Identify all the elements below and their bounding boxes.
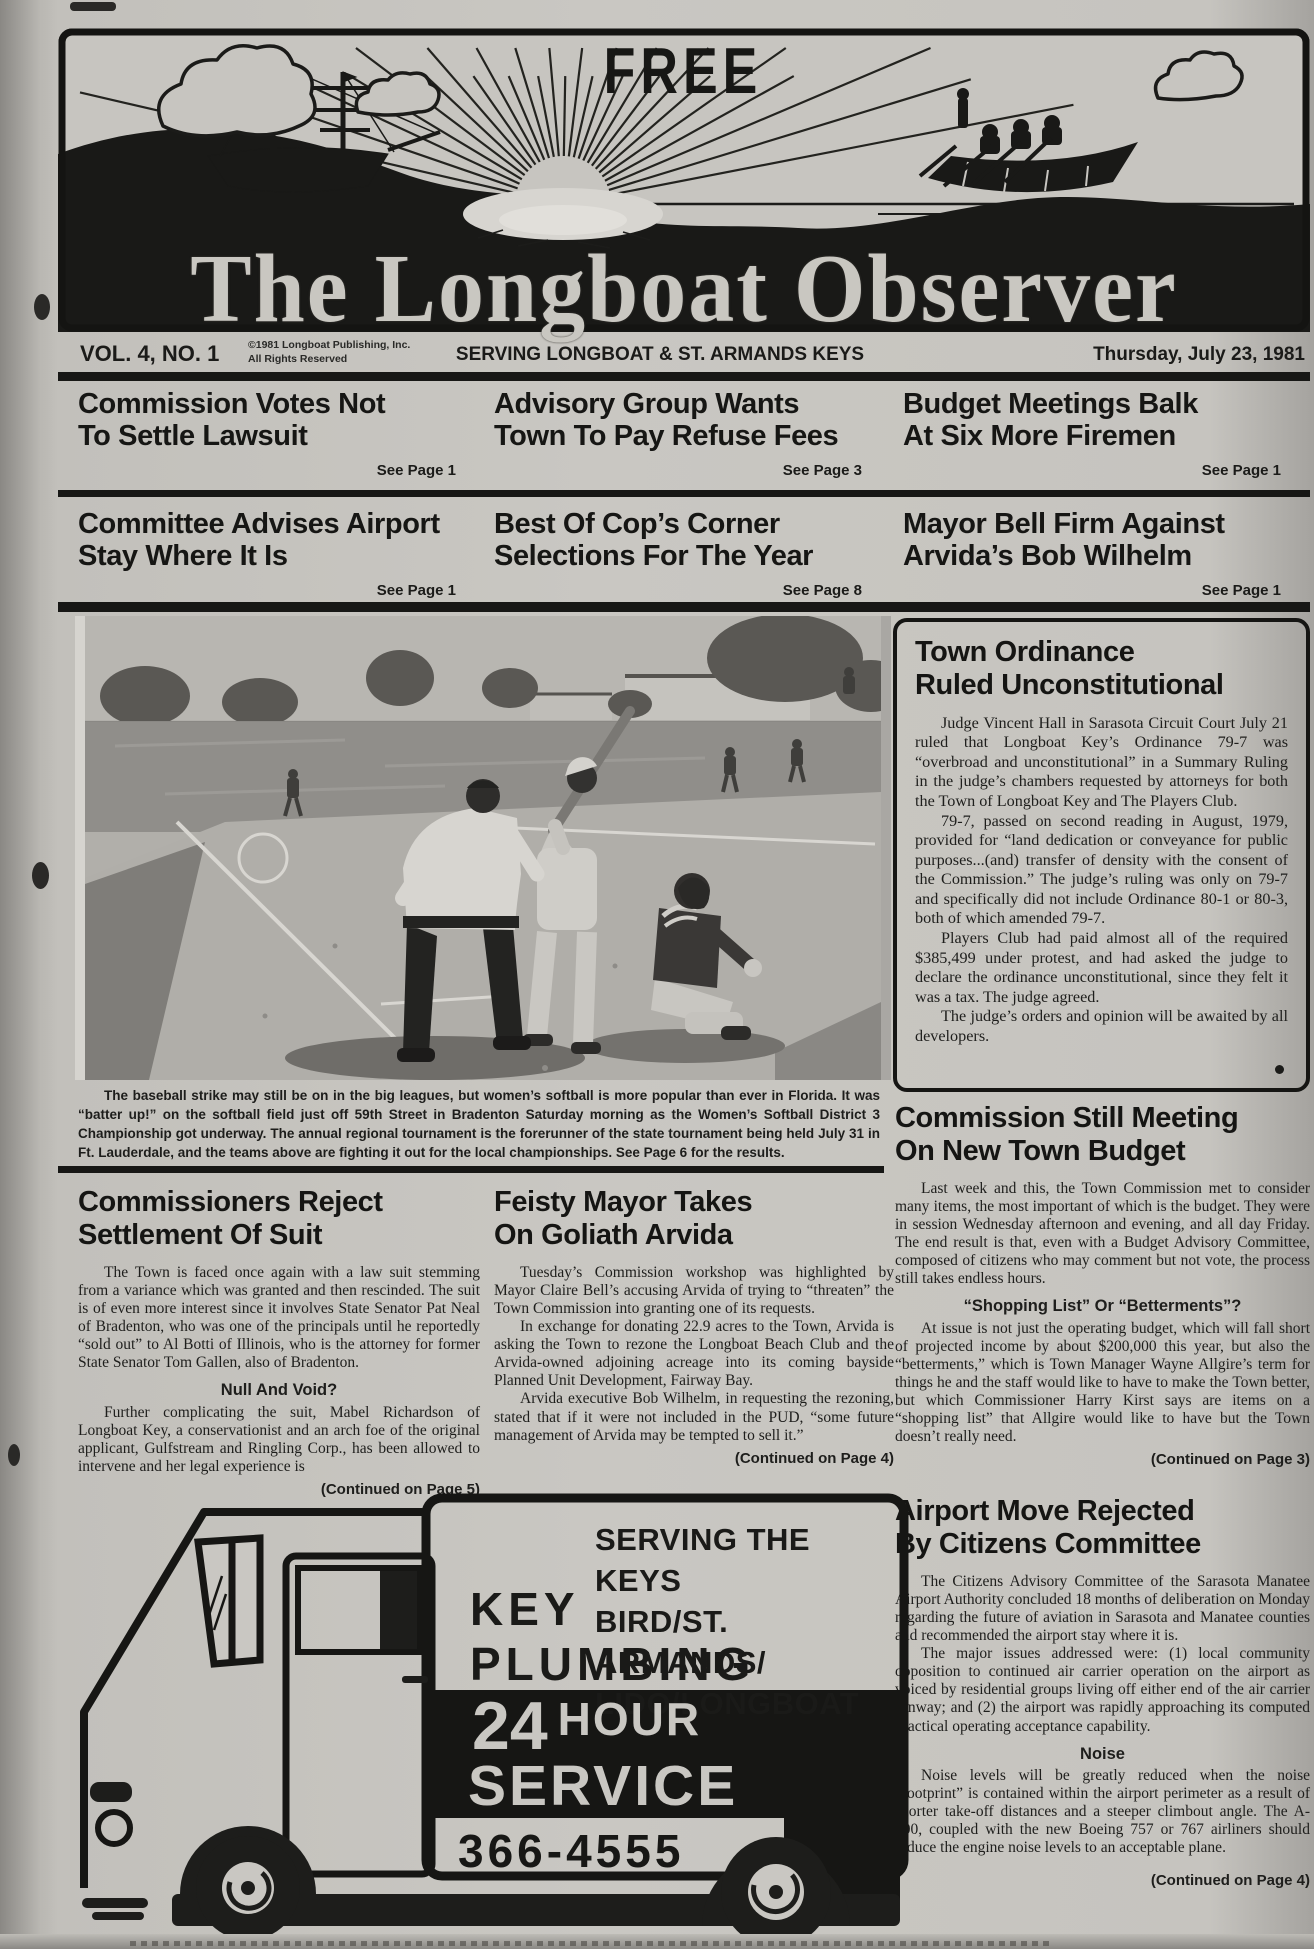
paragraph: Judge Vincent Hall in Sarasota Circuit C…	[915, 714, 1288, 812]
advertiser-name: KEY PLUMBING	[470, 1582, 755, 1692]
continued-note: (Continued on Page 4)	[494, 1450, 894, 1468]
masthead: FREE The Longboat Observer	[58, 28, 1310, 332]
softball-photo-art	[85, 616, 881, 1080]
paragraph: The Town is faced once again with a law …	[78, 1264, 480, 1373]
article-title: Commission Still Meeting On New Town Bud…	[895, 1102, 1310, 1168]
front-teaser-3: Budget Meetings Balk At Six More Firemen…	[903, 388, 1305, 479]
article-title: Feisty Mayor Takes On Goliath Arvida	[494, 1186, 894, 1252]
article-feisty-mayor: Feisty Mayor Takes On Goliath Arvida Tue…	[494, 1186, 894, 1467]
teaser-title: Commission Votes Not To Settle Lawsuit	[78, 388, 480, 453]
rule-divider	[58, 602, 1310, 612]
front-teaser-5: Best Of Cop’s Corner Selections For The …	[494, 508, 896, 599]
article-subhead: Null And Void?	[78, 1381, 480, 1400]
front-teaser-1: Commission Votes Not To Settle Lawsuit S…	[78, 388, 480, 479]
article-body: Last week and this, the Town Commission …	[895, 1180, 1310, 1469]
teaser-title: Budget Meetings Balk At Six More Firemen	[903, 388, 1305, 453]
article-body: The Citizens Advisory Committee of the S…	[895, 1573, 1310, 1890]
front-teaser-2: Advisory Group Wants Town To Pay Refuse …	[494, 388, 896, 479]
binding-mark	[8, 1444, 20, 1466]
front-teaser-4: Committee Advises Airport Stay Where It …	[78, 508, 480, 599]
teaser-title: Best Of Cop’s Corner Selections For The …	[494, 508, 896, 573]
paragraph: Tuesday’s Commission workshop was highli…	[494, 1264, 894, 1318]
article-body: Tuesday’s Commission workshop was highli…	[494, 1264, 894, 1468]
article-title: Commissioners Reject Settlement Of Suit	[78, 1186, 480, 1252]
article-ordinance: Town Ordinance Ruled Unconstitutional Ju…	[893, 618, 1310, 1092]
paragraph: At issue is not just the operating budge…	[895, 1320, 1310, 1447]
article-airport: Airport Move Rejected By Citizens Commit…	[895, 1495, 1310, 1889]
paragraph: The major issues addressed were: (1) loc…	[895, 1645, 1310, 1736]
article-commissioners: Commissioners Reject Settlement Of Suit …	[78, 1186, 480, 1499]
page-left-edge	[0, 0, 58, 1949]
front-teaser-6: Mayor Bell Firm Against Arvida’s Bob Wil…	[903, 508, 1305, 599]
see-page-ref: See Page 1	[78, 462, 480, 479]
paragraph: Last week and this, the Town Commission …	[895, 1180, 1310, 1289]
article-subhead: Noise	[895, 1745, 1310, 1764]
binding-mark	[32, 862, 49, 889]
photo-caption: The baseball strike may still be on in t…	[78, 1086, 880, 1163]
paragraph: The Citizens Advisory Committee of the S…	[895, 1573, 1310, 1646]
continued-note: (Continued on Page 4)	[895, 1872, 1310, 1890]
ad-hours-line: 24 HOUR	[472, 1692, 701, 1760]
teaser-title: Committee Advises Airport Stay Where It …	[78, 508, 480, 573]
ad-service-label: SERVICE	[468, 1758, 738, 1815]
see-page-ref: See Page 1	[78, 582, 480, 599]
free-label: FREE	[598, 34, 768, 109]
teaser-title: Advisory Group Wants Town To Pay Refuse …	[494, 388, 896, 453]
ad-phone-number: 366-4555	[458, 1824, 684, 1878]
issue-date: Thursday, July 23, 1981	[1010, 344, 1305, 366]
see-page-ref: See Page 1	[903, 462, 1305, 479]
see-page-ref: See Page 8	[494, 582, 896, 599]
see-page-ref: See Page 3	[494, 462, 896, 479]
page-bottom-ticks	[130, 1941, 1050, 1946]
see-page-ref: See Page 1	[903, 582, 1305, 599]
binding-mark	[34, 294, 50, 320]
newspaper-front-page: FREE The Longboat Observer VOL. 4, NO. 1…	[0, 0, 1314, 1949]
paragraph: Players Club had paid almost all of the …	[915, 929, 1288, 1007]
volume-number: VOL. 4, NO. 1	[80, 341, 219, 367]
teaser-title: Mayor Bell Firm Against Arvida’s Bob Wil…	[903, 508, 1305, 573]
paragraph: In exchange for donating 22.9 acres to t…	[494, 1318, 894, 1391]
paragraph: Arvida executive Bob Wilhelm, in request…	[494, 1390, 894, 1444]
article-budget: Commission Still Meeting On New Town Bud…	[895, 1102, 1310, 1469]
paragraph: The judge’s orders and opinion will be a…	[915, 1007, 1288, 1046]
rule-divider	[58, 1166, 884, 1173]
rule-divider	[58, 372, 1310, 381]
hours-number: 24	[472, 1692, 548, 1760]
paragraph: Further complicating the suit, Mabel Ric…	[78, 1404, 480, 1477]
end-mark	[1275, 1065, 1284, 1074]
softball-photo	[75, 616, 891, 1080]
rule-divider	[58, 490, 1310, 497]
key-plumbing-ad: SERVING THE KEYS BIRD/ST. ARMANDS/ LIDO/…	[80, 1490, 910, 1949]
paragraph: Noise levels will be greatly reduced whe…	[895, 1767, 1310, 1858]
tagline: SERVING LONGBOAT & ST. ARMANDS KEYS	[380, 344, 940, 366]
article-body: Judge Vincent Hall in Sarasota Circuit C…	[915, 714, 1288, 1047]
continued-note: (Continued on Page 3)	[895, 1451, 1310, 1469]
scan-blemish	[70, 2, 116, 11]
article-subhead: “Shopping List” Or “Betterments”?	[895, 1297, 1310, 1316]
paragraph: 79-7, passed on second reading in August…	[915, 812, 1288, 930]
article-body: The Town is faced once again with a law …	[78, 1264, 480, 1499]
article-title: Airport Move Rejected By Citizens Commit…	[895, 1495, 1310, 1561]
article-title: Town Ordinance Ruled Unconstitutional	[915, 636, 1288, 702]
hours-unit: HOUR	[558, 1696, 701, 1742]
newspaper-title: The Longboat Observer	[58, 232, 1310, 344]
